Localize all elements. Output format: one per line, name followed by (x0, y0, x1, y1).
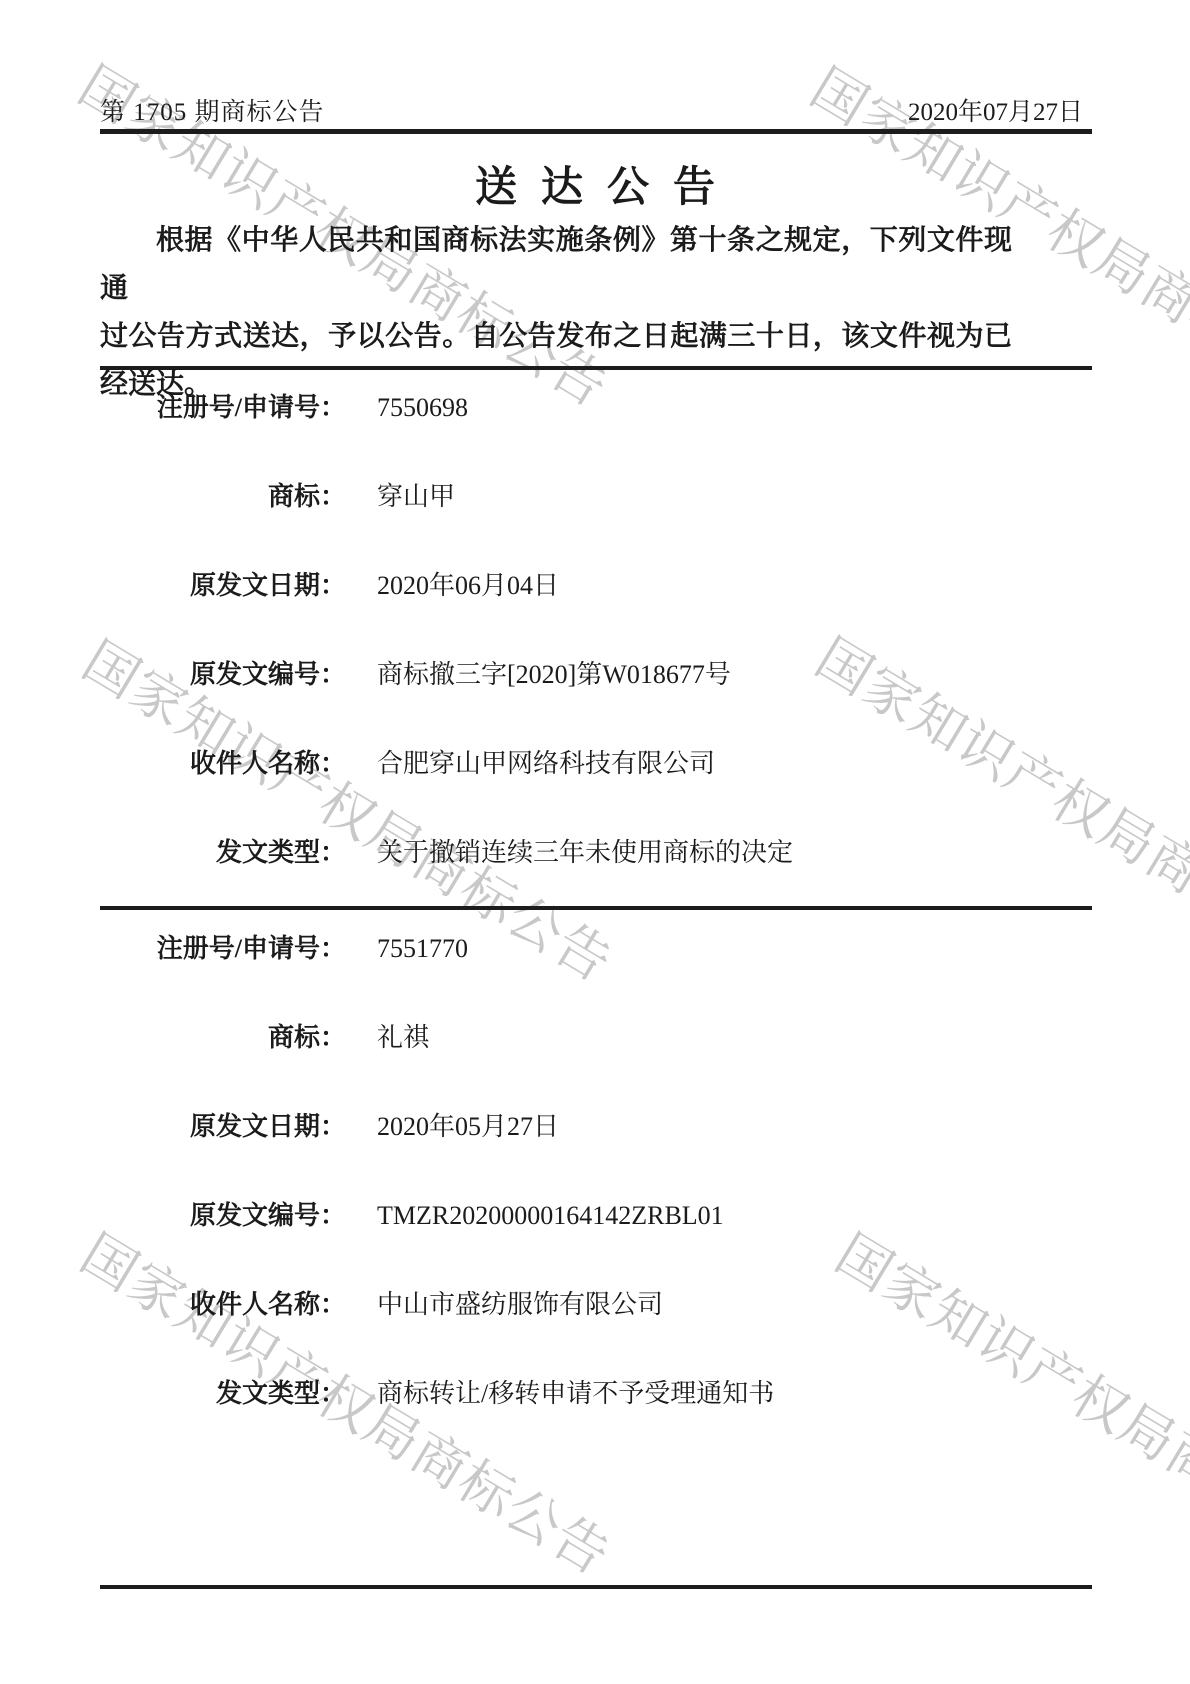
field-value: 商标转让/移转申请不予受理通知书 (377, 1377, 774, 1411)
field-row-recipient-name: 收件人名称： 合肥穿山甲网络科技有限公司 (100, 747, 1092, 781)
field-row-trademark: 商标： 礼祺 (100, 1021, 1092, 1055)
field-value: 2020年05月27日 (377, 1110, 559, 1144)
field-value: 2020年06月04日 (377, 569, 559, 603)
gazette-date: 2020年07月27日 (908, 92, 1083, 128)
field-row-registration-number: 注册号/申请号： 7551770 (100, 932, 1092, 966)
field-row-document-type: 发文类型： 商标转让/移转申请不予受理通知书 (100, 1377, 1092, 1411)
field-label: 收件人名称： (100, 1288, 346, 1322)
field-value: 关于撤销连续三年未使用商标的决定 (377, 836, 793, 870)
page-title: 送达公告 (0, 154, 1190, 214)
field-label: 原发文编号： (100, 658, 346, 692)
field-label: 发文类型： (100, 836, 346, 870)
page-content: 第 1705 期商标公告 2020年07月27日 送达公告 根据《中华人民共和国… (0, 0, 1190, 1684)
field-label: 原发文日期： (100, 569, 346, 603)
field-value: 商标撤三字[2020]第W018677号 (377, 658, 731, 692)
field-row-trademark: 商标： 穿山甲 (100, 480, 1092, 514)
field-value: 7550698 (377, 391, 468, 425)
field-row-original-issue-date: 原发文日期： 2020年05月27日 (100, 1110, 1092, 1144)
gazette-page: 国家知识产权局商标公告 国家知识产权局商标公告 国家知识产权局商标公告 国家知识… (0, 0, 1190, 1684)
field-label: 原发文日期： (100, 1110, 346, 1144)
field-value: 穿山甲 (377, 480, 455, 514)
field-row-original-document-number: 原发文编号： 商标撤三字[2020]第W018677号 (100, 658, 1092, 692)
intro-paragraph: 根据《中华人民共和国商标法实施条例》第十条之规定，下列文件现通 过公告方式送达，… (100, 217, 1012, 409)
field-value: 合肥穿山甲网络科技有限公司 (377, 747, 715, 781)
field-row-registration-number: 注册号/申请号： 7550698 (100, 391, 1092, 425)
header-rule (100, 129, 1092, 134)
field-row-recipient-name: 收件人名称： 中山市盛纺服饰有限公司 (100, 1288, 1092, 1322)
field-value: 礼祺 (377, 1021, 429, 1055)
field-value: 中山市盛纺服饰有限公司 (377, 1288, 663, 1322)
gazette-issue-label: 第 1705 期商标公告 (100, 92, 325, 128)
field-label: 注册号/申请号： (100, 932, 346, 966)
field-label: 商标： (100, 480, 346, 514)
field-value: 7551770 (377, 932, 468, 966)
field-row-document-type: 发文类型： 关于撤销连续三年未使用商标的决定 (100, 836, 1092, 870)
field-row-original-issue-date: 原发文日期： 2020年06月04日 (100, 569, 1092, 603)
field-label: 收件人名称： (100, 747, 346, 781)
field-value: TMZR20200000164142ZRBL01 (377, 1199, 724, 1233)
field-row-original-document-number: 原发文编号： TMZR20200000164142ZRBL01 (100, 1199, 1092, 1233)
field-label: 原发文编号： (100, 1199, 346, 1233)
page-bottom-rule (100, 1585, 1092, 1589)
intro-line-1: 根据《中华人民共和国商标法实施条例》第十条之规定，下列文件现通 (100, 217, 1012, 313)
field-label: 商标： (100, 1021, 346, 1055)
record-divider-rule (100, 906, 1092, 910)
field-label: 注册号/申请号： (100, 391, 346, 425)
record-divider-rule (100, 366, 1092, 370)
intro-line-2: 过公告方式送达，予以公告。自公告发布之日起满三十日，该文件视为已 (100, 313, 1012, 361)
field-label: 发文类型： (100, 1377, 346, 1411)
